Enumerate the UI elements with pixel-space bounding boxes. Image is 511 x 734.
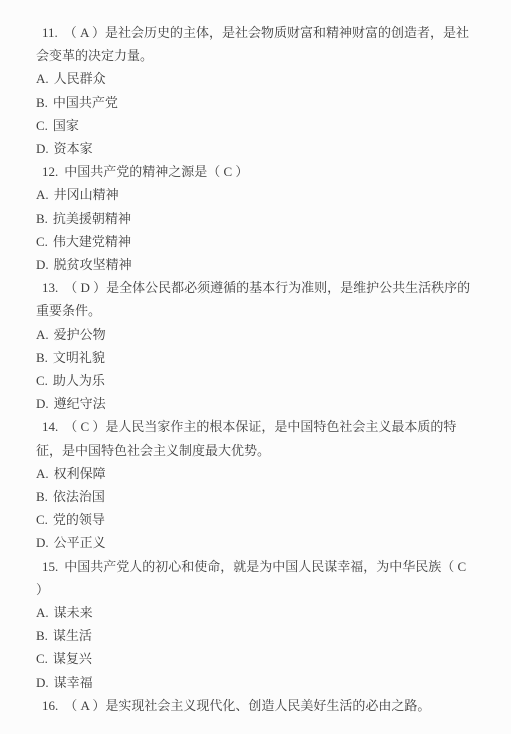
option-label: D. (36, 396, 49, 411)
question-text: 中国共产党人的初心和使命，就是为中国人民谋幸福，为中华民族（ C ） (36, 559, 466, 597)
question-block: 16.（ A ）是实现社会主义现代化、创造人民美好生活的必由之路。 (36, 694, 475, 717)
option-text: 谋生活 (53, 628, 92, 643)
question-stem: 16.（ A ）是实现社会主义现代化、创造人民美好生活的必由之路。 (36, 694, 475, 717)
option-label: C. (36, 512, 48, 527)
question-number: 16. (42, 698, 58, 713)
option-text: 党的领导 (53, 512, 105, 527)
option-row: C.党的领导 (36, 508, 475, 531)
option-label: A. (36, 327, 49, 342)
option-row: D.资本家 (36, 137, 475, 160)
option-text: 公平正义 (54, 535, 106, 550)
question-text: （ C ）是人民当家作主的根本保证，是中国特色社会主义最本质的特征，是中国特色社… (36, 419, 456, 457)
option-row: B.文明礼貌 (36, 346, 475, 369)
option-label: D. (36, 141, 49, 156)
option-row: B.依法治国 (36, 485, 475, 508)
option-label: B. (36, 211, 48, 226)
option-text: 爱护公物 (54, 327, 106, 342)
question-text: （ A ）是实现社会主义现代化、创造人民美好生活的必由之路。 (64, 698, 430, 713)
option-text: 遵纪守法 (54, 396, 106, 411)
option-row: B.中国共产党 (36, 91, 475, 114)
option-text: 井冈山精神 (54, 187, 119, 202)
option-text: 文明礼貌 (53, 350, 105, 365)
question-text: （ A ）是社会历史的主体，是社会物质财富和精神财富的创造者，是社会变革的决定力… (36, 25, 469, 63)
option-text: 抗美援朝精神 (53, 211, 131, 226)
option-row: A.谋未来 (36, 601, 475, 624)
question-stem: 15.中国共产党人的初心和使命，就是为中国人民谋幸福，为中华民族（ C ） (36, 555, 475, 601)
question-stem: 12.中国共产党的精神之源是（ C ） (36, 160, 475, 183)
option-label: D. (36, 675, 49, 690)
option-row: D.谋幸福 (36, 671, 475, 694)
option-label: B. (36, 350, 48, 365)
option-row: C.助人为乐 (36, 369, 475, 392)
option-row: A.人民群众 (36, 67, 475, 90)
option-text: 伟大建党精神 (53, 234, 131, 249)
option-row: D.脱贫攻坚精神 (36, 253, 475, 276)
option-row: A.权利保障 (36, 462, 475, 485)
option-text: 谋未来 (54, 605, 93, 620)
option-label: D. (36, 535, 49, 550)
question-number: 11. (42, 25, 58, 40)
option-label: C. (36, 373, 48, 388)
option-label: A. (36, 466, 49, 481)
option-label: B. (36, 95, 48, 110)
option-label: A. (36, 71, 49, 86)
option-label: B. (36, 628, 48, 643)
option-text: 谋复兴 (53, 651, 92, 666)
question-block: 13.（ D ）是全体公民都必须遵循的基本行为准则，是维护公共生活秩序的重要条件… (36, 276, 475, 415)
option-row: C.国家 (36, 114, 475, 137)
question-block: 11.（ A ）是社会历史的主体，是社会物质财富和精神财富的创造者，是社会变革的… (36, 21, 475, 160)
question-stem: 13.（ D ）是全体公民都必须遵循的基本行为准则，是维护公共生活秩序的重要条件… (36, 276, 475, 322)
question-number: 13. (42, 280, 58, 295)
question-stem: 11.（ A ）是社会历史的主体，是社会物质财富和精神财富的创造者，是社会变革的… (36, 21, 475, 67)
option-row: A.井冈山精神 (36, 183, 475, 206)
option-row: C.伟大建党精神 (36, 230, 475, 253)
option-row: B.抗美援朝精神 (36, 207, 475, 230)
question-text: 中国共产党的精神之源是（ C ） (64, 164, 248, 179)
question-stem: 14.（ C ）是人民当家作主的根本保证，是中国特色社会主义最本质的特征，是中国… (36, 415, 475, 461)
option-text: 国家 (53, 118, 79, 133)
option-label: B. (36, 489, 48, 504)
option-label: A. (36, 605, 49, 620)
document-page: 11.（ A ）是社会历史的主体，是社会物质财富和精神财富的创造者，是社会变革的… (0, 0, 511, 734)
option-text: 中国共产党 (53, 95, 118, 110)
option-row: A.爱护公物 (36, 323, 475, 346)
option-label: C. (36, 234, 48, 249)
option-text: 脱贫攻坚精神 (54, 257, 132, 272)
option-text: 依法治国 (53, 489, 105, 504)
option-label: C. (36, 651, 48, 666)
option-text: 人民群众 (54, 71, 106, 86)
question-number: 12. (42, 164, 58, 179)
option-text: 谋幸福 (54, 675, 93, 690)
question-text: （ D ）是全体公民都必须遵循的基本行为准则，是维护公共生活秩序的重要条件。 (36, 280, 470, 318)
option-text: 助人为乐 (53, 373, 105, 388)
option-row: D.公平正义 (36, 531, 475, 554)
option-text: 资本家 (54, 141, 93, 156)
option-text: 权利保障 (54, 466, 106, 481)
question-number: 15. (42, 559, 58, 574)
option-label: C. (36, 118, 48, 133)
option-label: A. (36, 187, 49, 202)
question-block: 14.（ C ）是人民当家作主的根本保证，是中国特色社会主义最本质的特征，是中国… (36, 415, 475, 554)
option-row: B.谋生活 (36, 624, 475, 647)
question-block: 12.中国共产党的精神之源是（ C ） A.井冈山精神 B.抗美援朝精神 C.伟… (36, 160, 475, 276)
option-label: D. (36, 257, 49, 272)
question-number: 14. (42, 419, 58, 434)
option-row: D.遵纪守法 (36, 392, 475, 415)
question-block: 15.中国共产党人的初心和使命，就是为中国人民谋幸福，为中华民族（ C ） A.… (36, 555, 475, 694)
option-row: C.谋复兴 (36, 647, 475, 670)
